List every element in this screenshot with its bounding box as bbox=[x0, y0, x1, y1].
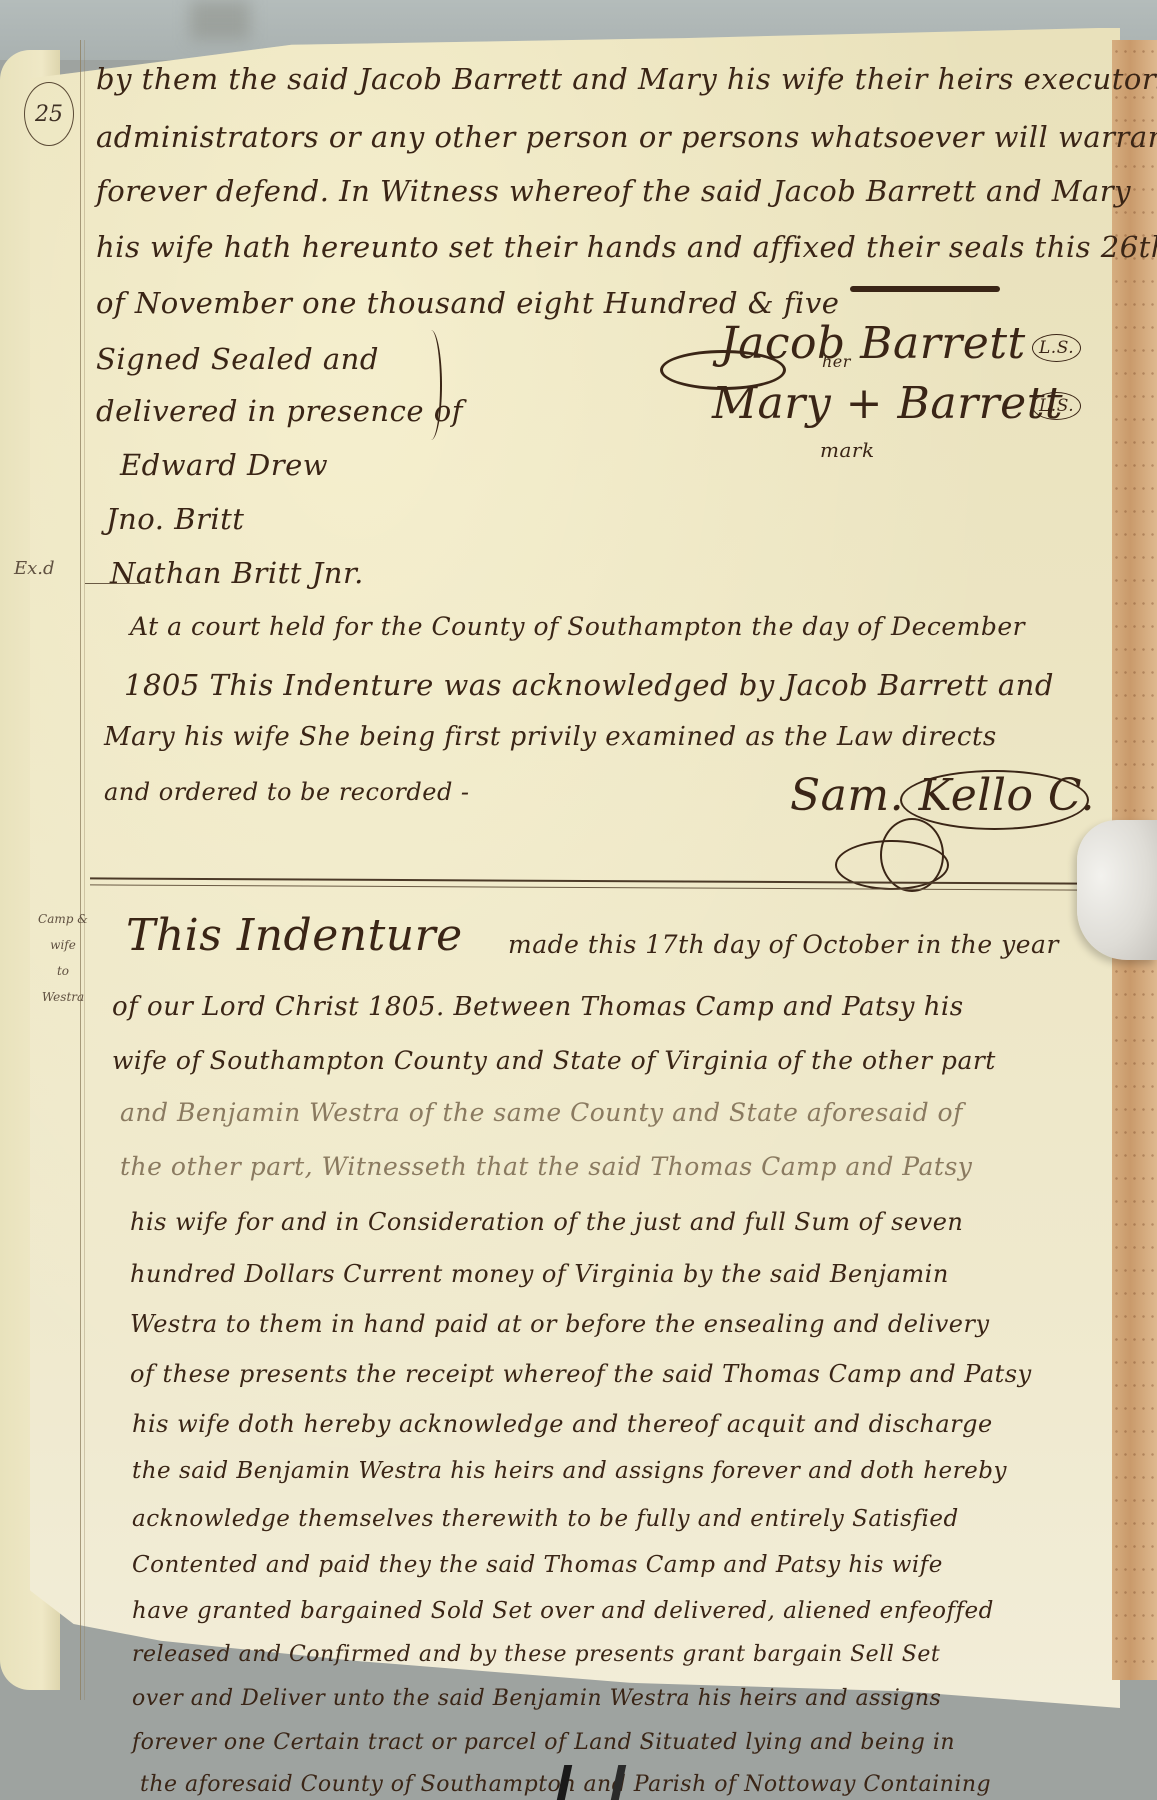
ledger-page bbox=[30, 28, 1120, 1708]
margin-rule bbox=[80, 40, 81, 1700]
text-line: administrators or any other person or pe… bbox=[96, 120, 1157, 154]
margin-note-parties: Camp & wife to Westra bbox=[30, 906, 96, 1010]
text-line: of our Lord Christ 1805. Between Thomas … bbox=[112, 992, 964, 1022]
attestation-line: Signed Sealed and bbox=[96, 342, 379, 376]
text-line: and Benjamin Westra of the same County a… bbox=[120, 1098, 963, 1127]
seal-ls: L.S. bbox=[1032, 392, 1081, 420]
attestation-line: delivered in presence of bbox=[96, 394, 463, 428]
text-line: have granted bargained Sold Set over and… bbox=[132, 1598, 994, 1624]
attestation-brace bbox=[420, 330, 442, 440]
mark-note-her: her bbox=[822, 352, 851, 371]
line-filler-stroke bbox=[850, 286, 1000, 292]
text-line: his wife doth hereby acknowledge and the… bbox=[132, 1410, 993, 1438]
text-line: hundred Dollars Current money of Virgini… bbox=[130, 1260, 949, 1288]
margin-rule-secondary bbox=[84, 40, 85, 1700]
gloved-thumb bbox=[1077, 820, 1157, 960]
bookmark-cord bbox=[556, 1765, 627, 1800]
text-line: released and Confirmed and by these pres… bbox=[132, 1642, 940, 1667]
witness-underline bbox=[85, 583, 145, 584]
text-line: of these presents the receipt whereof th… bbox=[130, 1360, 1032, 1388]
text-line: forever one Certain tract or parcel of L… bbox=[132, 1730, 955, 1755]
witness-name: Edward Drew bbox=[120, 448, 328, 482]
margin-note-line: Camp & bbox=[30, 906, 96, 932]
folio-number: 25 bbox=[24, 82, 74, 146]
text-line: and ordered to be recorded - bbox=[104, 778, 470, 806]
text-line: the said Benjamin Westra his heirs and a… bbox=[132, 1458, 1007, 1484]
text-line: Westra to them in hand paid at or before… bbox=[130, 1310, 990, 1338]
seal-ls: L.S. bbox=[1032, 334, 1081, 362]
text-line: 1805 This Indenture was acknowledged by … bbox=[124, 668, 1054, 702]
deed-heading: This Indenture bbox=[126, 910, 463, 961]
margin-note-line: to bbox=[30, 958, 96, 984]
margin-note-line: Westra bbox=[30, 984, 96, 1010]
text-line: Contented and paid they the said Thomas … bbox=[132, 1552, 943, 1578]
text-line: the other part, Witnesseth that the said… bbox=[120, 1152, 972, 1181]
text-line: forever defend. In Witness whereof the s… bbox=[96, 174, 1131, 208]
text-line: over and Deliver unto the said Benjamin … bbox=[132, 1686, 941, 1711]
text-line: his wife hath hereunto set their hands a… bbox=[96, 230, 1157, 264]
clerk-flourish bbox=[900, 770, 1089, 830]
signature-mary-barrett: Mary + Barrett bbox=[712, 378, 1063, 429]
margin-note-examined: Ex.d bbox=[14, 556, 55, 582]
witness-name: Nathan Britt Jnr. bbox=[110, 556, 364, 590]
text-line: acknowledge themselves therewith to be f… bbox=[132, 1506, 959, 1532]
text-line: his wife for and in Consideration of the… bbox=[130, 1208, 963, 1236]
text-line: made this 17th day of October in the yea… bbox=[508, 930, 1059, 959]
text-line: of November one thousand eight Hundred &… bbox=[96, 286, 839, 320]
text-line: Mary his wife She being first privily ex… bbox=[104, 722, 997, 752]
binding-shadow bbox=[190, 0, 250, 40]
text-line: wife of Southampton County and State of … bbox=[112, 1046, 996, 1075]
margin-note-line: wife bbox=[30, 932, 96, 958]
mark-note: mark bbox=[820, 438, 875, 462]
witness-name: Jno. Britt bbox=[106, 502, 244, 536]
text-line: At a court held for the County of Southa… bbox=[130, 612, 1025, 641]
text-line: by them the said Jacob Barrett and Mary … bbox=[96, 62, 1157, 96]
